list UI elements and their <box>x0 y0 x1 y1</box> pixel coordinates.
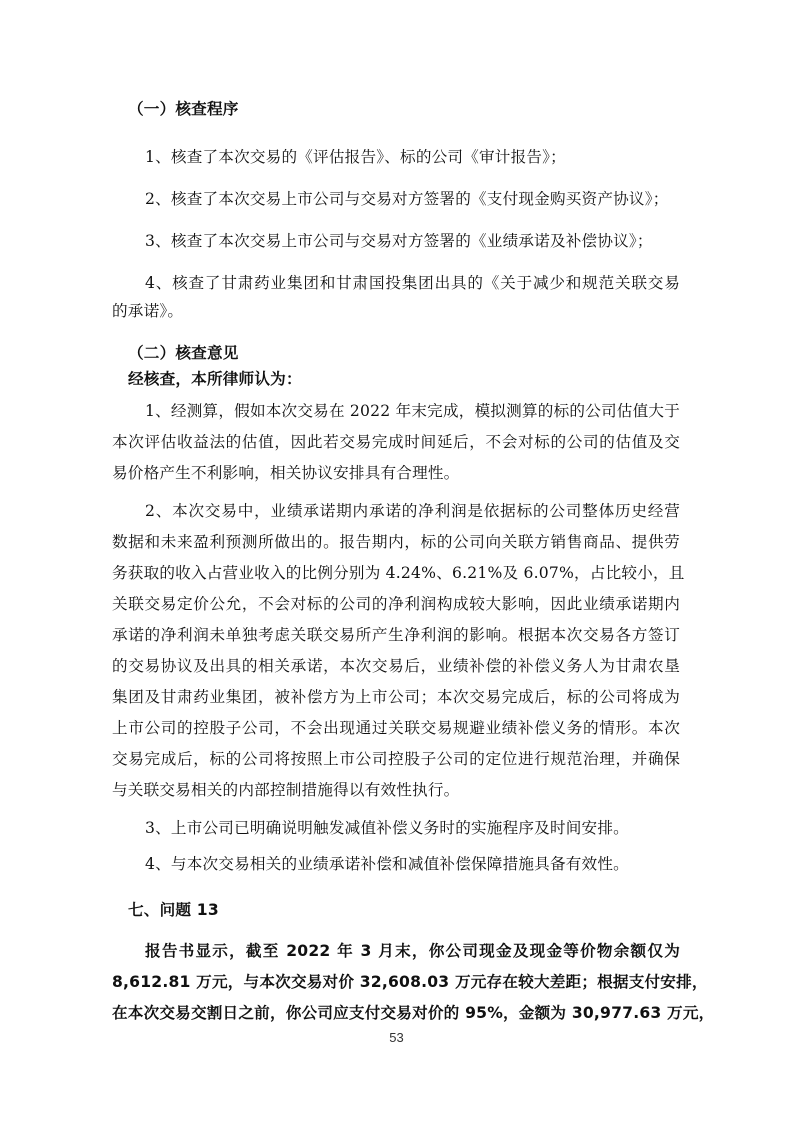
opinion-para2-line9: 交易完成后，标的公司将按照上市公司控股子公司的定位进行规范治理，并确保 <box>112 749 680 769</box>
opinion-para3: 3、上市公司已明确说明触发减值补偿义务时的实施程序及时间安排。 <box>145 818 680 838</box>
opinion-para1-line2: 本次评估收益法的估值，因此若交易完成时间延后，不会对标的公司的估值及交 <box>112 432 680 452</box>
opinion-para2-line8: 上市公司的控股子公司，不会出现通过关联交易规避业绩补偿义务的情形。本次 <box>112 718 680 738</box>
procedure-item-4-cont: 的承诺》。 <box>112 301 680 321</box>
document-page: （一）核查程序 1、核查了本次交易的《评估报告》、标的公司《审计报告》； 2、核… <box>0 0 793 1122</box>
question-para-line2: 8,612.81 万元，与本次交易对价 32,608.03 万元存在较大差距；根… <box>112 972 680 992</box>
opinion-para4: 4、与本次交易相关的业绩承诺补偿和减值补偿保障措施具备有效性。 <box>145 854 680 874</box>
section-heading-question-13: 七、问题 13 <box>128 900 696 920</box>
opinion-intro: 经核查，本所律师认为： <box>128 369 696 389</box>
opinion-para2-line3: 务获取的收入占营业收入的比例分别为 4.24%、6.21%及 6.07%，占比较… <box>112 563 680 583</box>
opinion-para2-line7: 集团及甘肃药业集团，被补偿方为上市公司；本次交易完成后，标的公司将成为 <box>112 687 680 707</box>
opinion-para2-line1: 2、本次交易中，业绩承诺期内承诺的净利润是依据标的公司整体历史经营 <box>145 501 680 521</box>
opinion-para1-line3: 易价格产生不利影响，相关协议安排具有合理性。 <box>112 463 680 483</box>
page-number: 53 <box>0 1030 793 1045</box>
opinion-para2-line2: 数据和未来盈利预测所做出的。报告期内，标的公司向关联方销售商品、提供劳 <box>112 532 680 552</box>
procedure-item-3: 3、核查了本次交易上市公司与交易对方签署的《业绩承诺及补偿协议》； <box>145 231 680 251</box>
opinion-para2-line10: 与关联交易相关的内部控制措施得以有效性执行。 <box>112 780 680 800</box>
opinion-para2-line5: 承诺的净利润未单独考虑关联交易所产生净利润的影响。根据本次交易各方签订 <box>112 625 680 645</box>
opinion-para1-line1: 1、经测算，假如本次交易在 2022 年末完成，模拟测算的标的公司估值大于 <box>145 401 680 421</box>
procedure-item-1: 1、核查了本次交易的《评估报告》、标的公司《审计报告》； <box>145 147 680 167</box>
procedure-item-4: 4、核查了甘肃药业集团和甘肃国投集团出具的《关于减少和规范关联交易 <box>145 273 680 293</box>
opinion-para2-line4: 关联交易定价公允，不会对标的公司的净利润构成较大影响，因此业绩承诺期内 <box>112 594 680 614</box>
opinion-para2-line6: 的交易协议及出具的相关承诺，本次交易后，业绩补偿的补偿义务人为甘肃农垦 <box>112 656 680 676</box>
question-para-line3: 在本次交易交割日之前，你公司应支付交易对价的 95%，金额为 30,977.63… <box>112 1003 680 1023</box>
procedure-item-2: 2、核查了本次交易上市公司与交易对方签署的《支付现金购买资产协议》； <box>145 189 680 209</box>
section-heading-opinion: （二）核查意见 <box>128 343 696 363</box>
section-heading-procedures: （一）核查程序 <box>128 99 696 119</box>
question-para-line1: 报告书显示，截至 2022 年 3 月末，你公司现金及现金等价物余额仅为 <box>145 941 680 961</box>
